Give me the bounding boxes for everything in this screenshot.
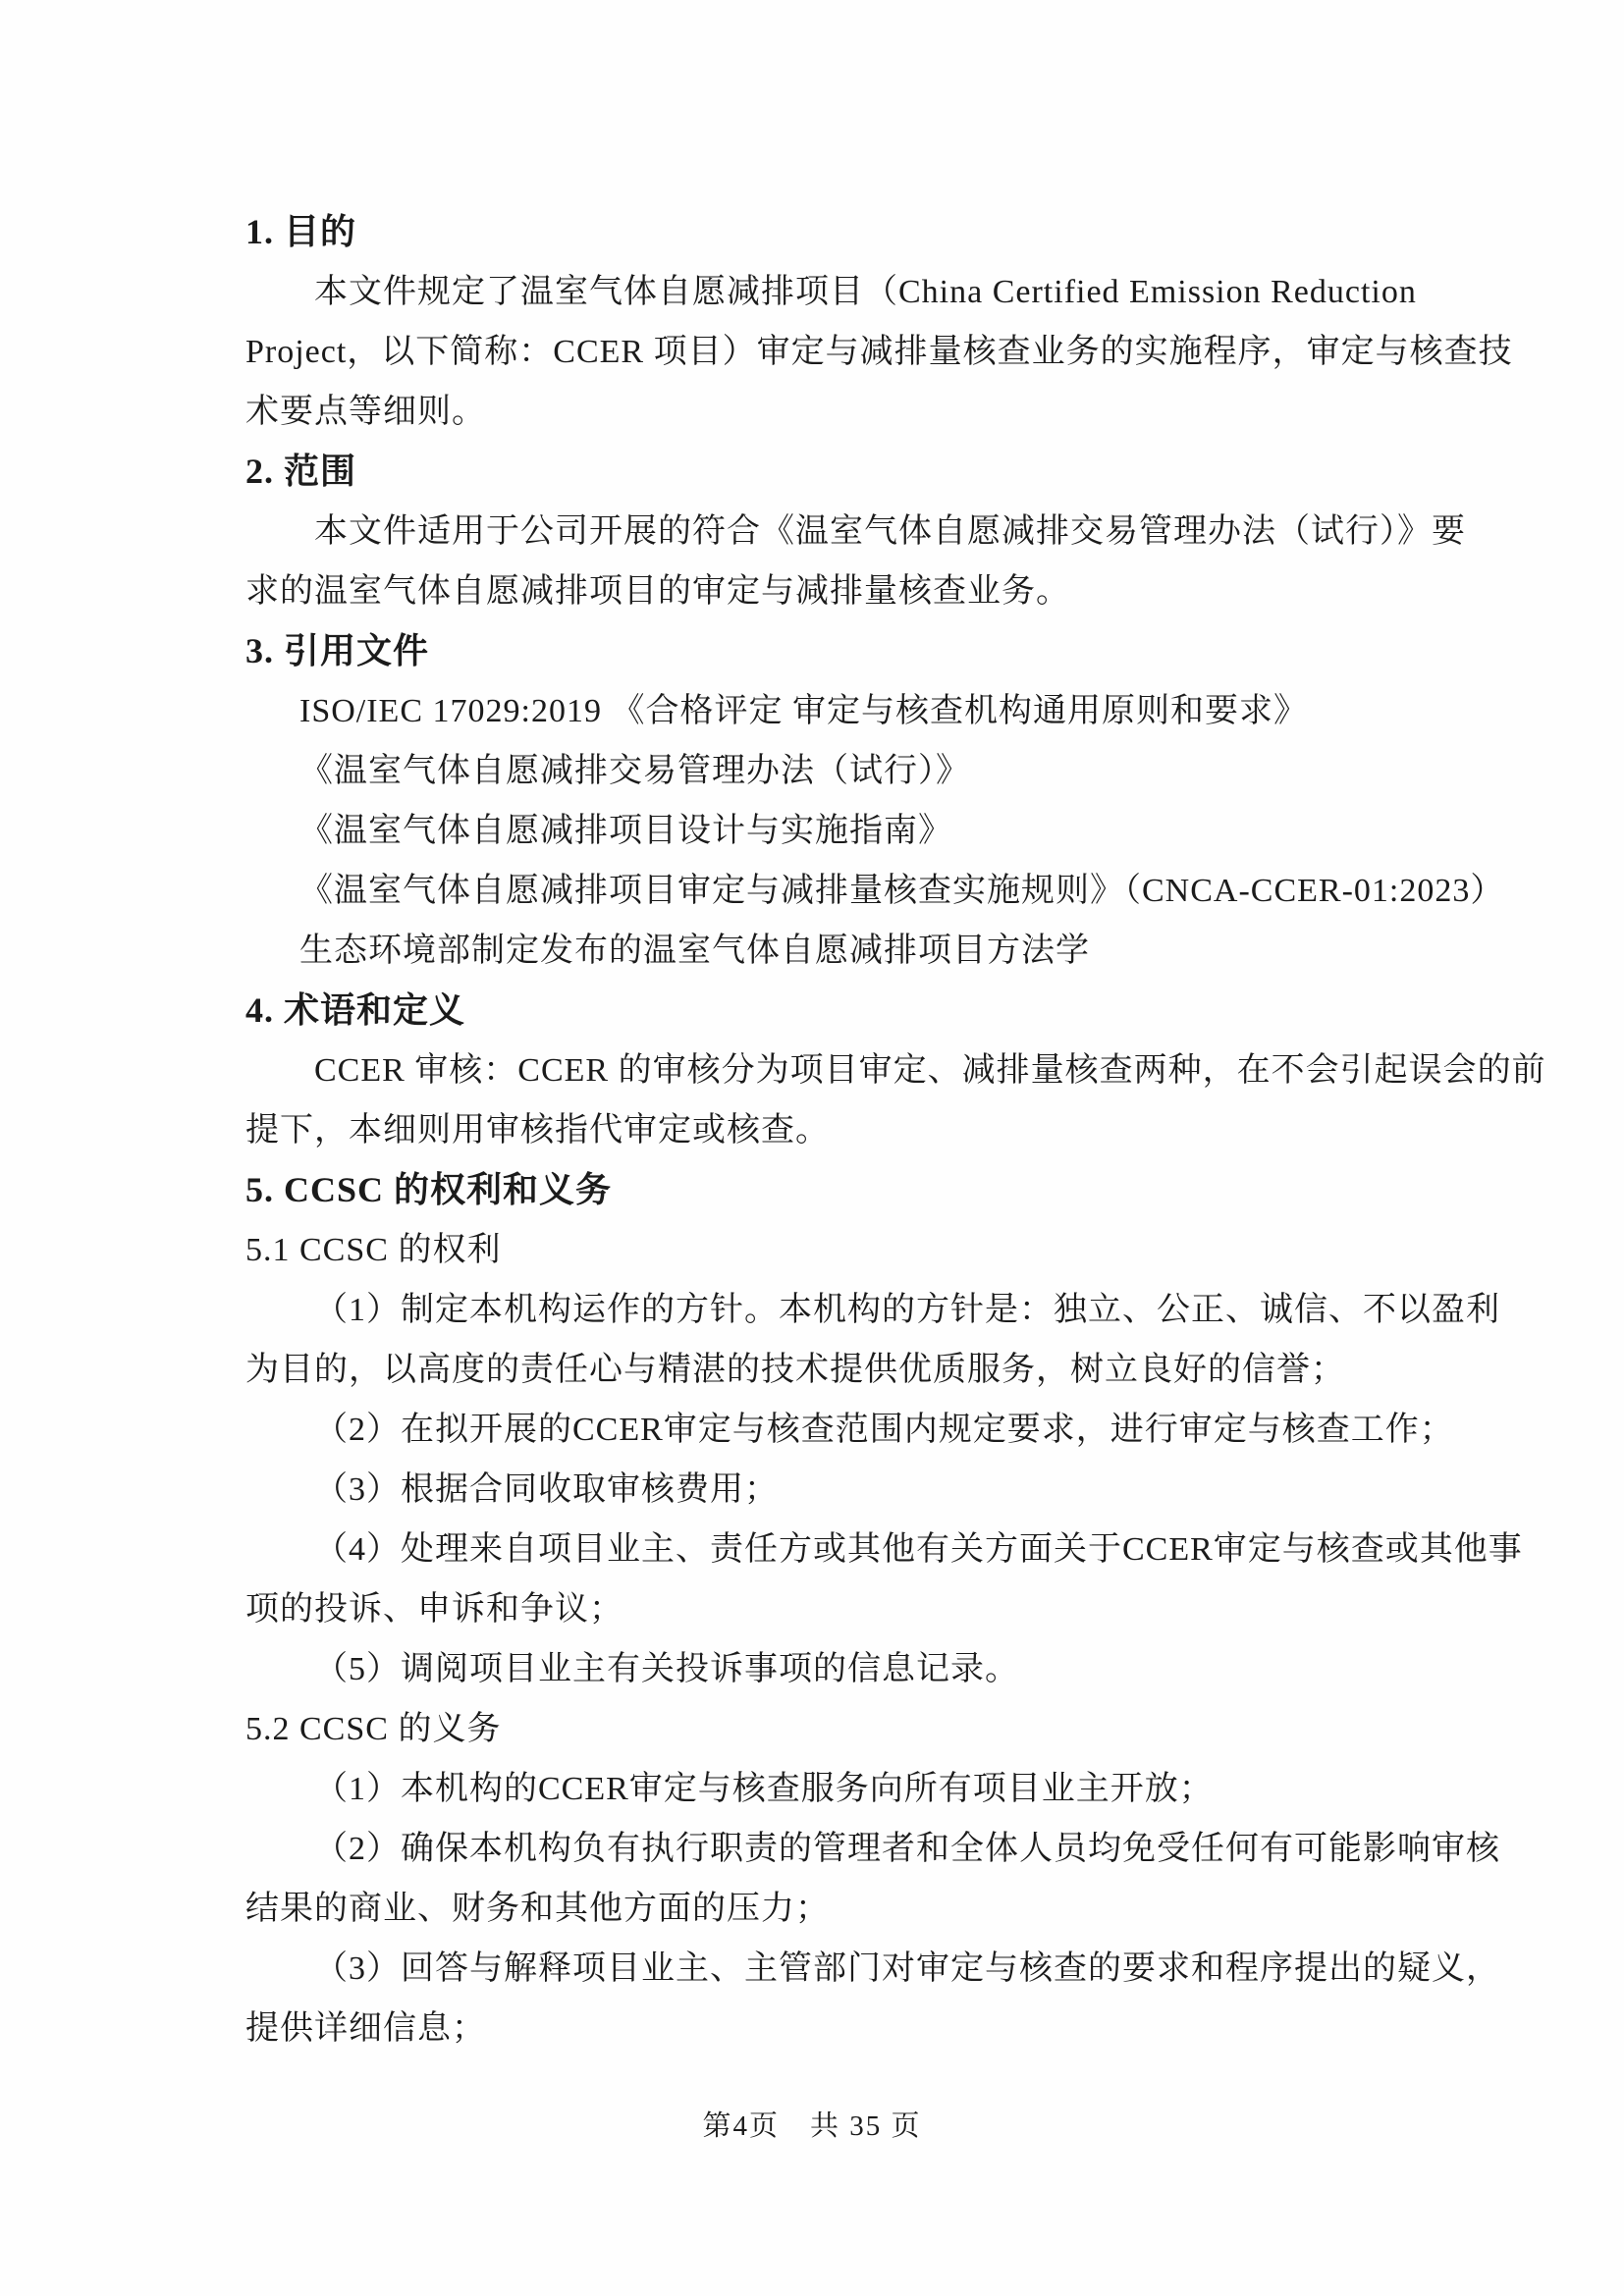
paragraph-line: CCER 审核：CCER 的审核分为项目审定、减排量核查两种，在不会引起误会的前 xyxy=(245,1041,1469,1100)
paragraph-line: 本文件适用于公司开展的符合《温室气体自愿减排交易管理办法（试行）》要 xyxy=(245,502,1469,561)
list-item-line: （2）在拟开展的CCER审定与核查范围内规定要求，进行审定与核查工作； xyxy=(245,1400,1469,1460)
page-number-text: 第4页 共 35 页 xyxy=(702,2110,921,2142)
section-5-heading: 5. CCSC 的权利和义务 xyxy=(245,1160,1469,1220)
list-item-line: （5）调阅项目业主有关投诉事项的信息记录。 xyxy=(245,1639,1469,1699)
document-page: 1. 目的本文件规定了温室气体自愿减排项目（China Certified Em… xyxy=(0,0,1624,2296)
paragraph-line: 提供详细信息； xyxy=(245,1999,1469,2058)
reference-line: 《温室气体自愿减排交易管理办法（试行）》 xyxy=(245,741,1469,801)
document-body: 1. 目的本文件规定了温室气体自愿减排项目（China Certified Em… xyxy=(245,202,1469,2058)
section-5-2-subheading: 5.2 CCSC 的义务 xyxy=(245,1699,1469,1759)
paragraph-line: 提下，本细则用审核指代审定或核查。 xyxy=(245,1100,1469,1160)
list-item-line: （4）处理来自项目业主、责任方或其他有关方面关于CCER审定与核查或其他事 xyxy=(245,1520,1469,1579)
paragraph-line: 本文件规定了温室气体自愿减排项目（China Certified Emissio… xyxy=(245,262,1469,322)
paragraph-line: 结果的商业、财务和其他方面的压力； xyxy=(245,1879,1469,1939)
list-item-line: （3）根据合同收取审核费用； xyxy=(245,1460,1469,1520)
reference-line: ISO/IEC 17029:2019 《合格评定 审定与核查机构通用原则和要求》 xyxy=(245,681,1469,741)
paragraph-line: Project，以下简称：CCER 项目）审定与减排量核查业务的实施程序，审定与… xyxy=(245,322,1469,382)
paragraph-line: 为目的，以高度的责任心与精湛的技术提供优质服务，树立良好的信誉； xyxy=(245,1340,1469,1400)
paragraph-line: 术要点等细则。 xyxy=(245,382,1469,442)
reference-line: 生态环境部制定发布的温室气体自愿减排项目方法学 xyxy=(245,921,1469,981)
paragraph-line: 项的投诉、申诉和争议； xyxy=(245,1579,1469,1639)
section-5-1-subheading: 5.1 CCSC 的权利 xyxy=(245,1220,1469,1280)
list-item-line: （1）本机构的CCER审定与核查服务向所有项目业主开放； xyxy=(245,1759,1469,1819)
list-item-line: （2）确保本机构负有执行职责的管理者和全体人员均免受任何有可能影响审核 xyxy=(245,1819,1469,1879)
reference-line: 《温室气体自愿减排项目设计与实施指南》 xyxy=(245,801,1469,861)
reference-line: 《温室气体自愿减排项目审定与减排量核查实施规则》（CNCA-CCER-01:20… xyxy=(245,861,1469,921)
list-item-line: （1）制定本机构运作的方针。本机构的方针是：独立、公正、诚信、不以盈利 xyxy=(245,1280,1469,1340)
section-4-heading: 4. 术语和定义 xyxy=(245,981,1469,1041)
paragraph-line: 求的温室气体自愿减排项目的审定与减排量核查业务。 xyxy=(245,561,1469,621)
section-1-heading: 1. 目的 xyxy=(245,202,1469,262)
page-footer: 第4页 共 35 页 xyxy=(0,2104,1624,2144)
section-3-heading: 3. 引用文件 xyxy=(245,621,1469,681)
section-2-heading: 2. 范围 xyxy=(245,442,1469,502)
list-item-line: （3）回答与解释项目业主、主管部门对审定与核查的要求和程序提出的疑义， xyxy=(245,1939,1469,1999)
